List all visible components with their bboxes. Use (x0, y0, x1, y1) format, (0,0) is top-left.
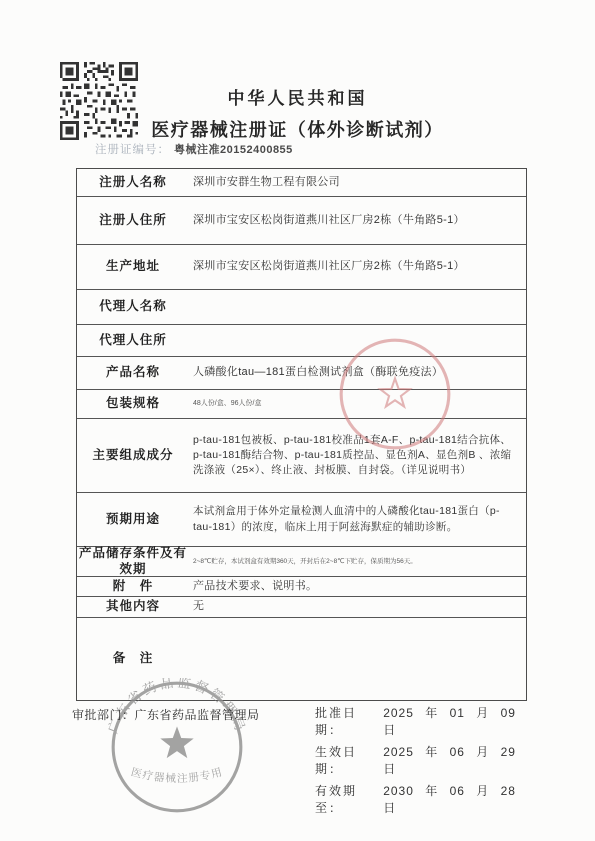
expiry-date-label: 有效期至： (315, 782, 383, 816)
row-value: p-tau-181包被板、p-tau-181校准品1套A-F、p-tau-181… (189, 430, 526, 482)
table-row: 备 注 (77, 618, 526, 700)
row-label: 预期用途 (77, 512, 189, 528)
table-row: 注册人住所 深圳市宝安区松岗街道燕川社区厂房2栋（牛角路5-1） (77, 197, 526, 245)
table-row: 附 件 产品技术要求、说明书。 (77, 577, 526, 597)
certificate-table: 注册人名称 深圳市安群生物工程有限公司 注册人住所 深圳市宝安区松岗街道燕川社区… (76, 168, 527, 701)
approval-department-value: 广东省药品监督管理局 (135, 708, 260, 722)
country-title: 中华人民共和国 (0, 84, 595, 109)
row-value (189, 304, 526, 310)
approval-date-label: 批准日期： (315, 704, 383, 738)
row-value: 产品技术要求、说明书。 (189, 576, 526, 598)
table-row: 注册人名称 深圳市安群生物工程有限公司 (77, 169, 526, 197)
row-label: 代理人住所 (77, 333, 189, 349)
header: 中华人民共和国 医疗器械注册证（体外诊断试剂） (0, 84, 595, 142)
row-label: 其他内容 (77, 599, 189, 615)
row-label: 主要组成成分 (77, 448, 189, 464)
approval-department-label: 审批部门： (72, 708, 135, 722)
approval-date-row: 批准日期： 2025 年 01 月 09 日 (315, 704, 532, 738)
row-value: 人磷酸化tau—181蛋白检测试剂盒（酶联免疫法） (189, 362, 526, 384)
effective-date-value: 2025 年 06 月 29 日 (383, 743, 532, 777)
row-value: 无 (189, 596, 526, 618)
row-label: 备 注 (77, 651, 189, 667)
approval-department: 审批部门：广东省药品监督管理局 (72, 706, 260, 723)
registration-number-value: 粤械注准20152400855 (170, 141, 303, 159)
row-value: 48人份/盒、96人份/盒 (189, 396, 526, 412)
row-value: 深圳市宝安区松岗街道燕川社区厂房2栋（牛角路5-1） (189, 210, 526, 232)
row-value: 深圳市安群生物工程有限公司 (189, 172, 526, 194)
table-row: 生产地址 深圳市宝安区松岗街道燕川社区厂房2栋（牛角路5-1） (77, 245, 526, 290)
approval-date-value: 2025 年 01 月 09 日 (383, 704, 532, 738)
table-row: 预期用途 本试剂盒用于体外定量检测人血清中的人磷酸化tau-181蛋白（p-ta… (77, 493, 526, 547)
row-label: 注册人名称 (77, 175, 189, 191)
date-block: 批准日期： 2025 年 01 月 09 日 生效日期： 2025 年 06 月… (315, 704, 532, 821)
row-label: 注册人住所 (77, 213, 189, 229)
effective-date-row: 生效日期： 2025 年 06 月 29 日 (315, 743, 532, 777)
table-row: 产品名称 人磷酸化tau—181蛋白检测试剂盒（酶联免疫法） (77, 357, 526, 390)
row-value: 2~8℃贮存，本试剂盒有效期360天，开封后在2~8℃下贮存，保质期为56天。 (189, 554, 526, 569)
row-label: 包装规格 (77, 396, 189, 412)
registration-number-label: 注册证编号： (95, 144, 170, 156)
expiry-date-row: 有效期至： 2030 年 06 月 28 日 (315, 782, 532, 816)
certificate-title: 医疗器械注册证（体外诊断试剂） (0, 116, 595, 142)
table-row: 代理人住所 (77, 325, 526, 357)
row-label: 代理人名称 (77, 299, 189, 315)
row-label: 附 件 (77, 579, 189, 595)
row-value: 深圳市宝安区松岗街道燕川社区厂房2栋（牛角路5-1） (189, 256, 526, 278)
certificate-page: 中华人民共和国 医疗器械注册证（体外诊断试剂） 注册证编号：粤械注准201524… (0, 0, 595, 841)
table-row: 主要组成成分 p-tau-181包被板、p-tau-181校准品1套A-F、p-… (77, 419, 526, 493)
table-row: 代理人名称 (77, 290, 526, 325)
row-value (189, 338, 526, 344)
table-row: 包装规格 48人份/盒、96人份/盒 (77, 390, 526, 419)
table-row: 其他内容 无 (77, 597, 526, 618)
seal-purpose-text: 医疗器械注册专用 (130, 765, 225, 785)
registration-number: 注册证编号：粤械注准20152400855 (95, 141, 303, 159)
row-value (189, 656, 526, 662)
row-value: 本试剂盒用于体外定量检测人血清中的人磷酸化tau-181蛋白（p-tau-181… (189, 501, 526, 537)
row-label: 生产地址 (77, 259, 189, 275)
table-row: 产品储存条件及有效期 2~8℃贮存，本试剂盒有效期360天，开封后在2~8℃下贮… (77, 547, 526, 577)
effective-date-label: 生效日期： (315, 743, 383, 777)
svg-text:医疗器械注册专用: 医疗器械注册专用 (130, 765, 225, 785)
row-label: 产品名称 (77, 365, 189, 381)
expiry-date-value: 2030 年 06 月 28 日 (383, 782, 532, 816)
row-label: 产品储存条件及有效期 (77, 546, 189, 577)
